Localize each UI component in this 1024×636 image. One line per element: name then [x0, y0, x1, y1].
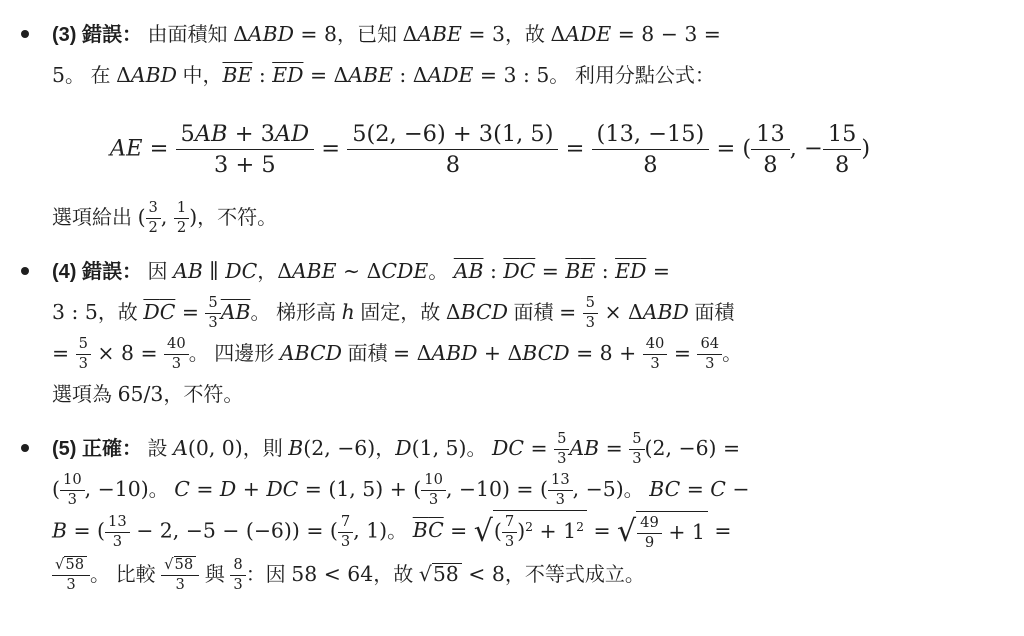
solution-item: (5) 正確： 設 A(0, 0)，則 B(2, −6)，D(1, 5)。 DC… [0, 428, 1008, 595]
text-line: 3 : 5，故 DC = 53AB。 梯形高 h 固定，故 ΔBCD 面積 = … [52, 292, 1008, 333]
document-body: (3) 錯誤： 由面積知 ΔABD = 8，已知 ΔABE = 3，故 ΔADE… [0, 0, 1024, 595]
text-line: 選項給出 (32, 12)，不符。 [52, 197, 1008, 238]
radical-icon: √ [419, 562, 432, 586]
text-line: 5。 在 ΔABD 中，BE : ED = ΔABE : ΔADE = 3 : … [52, 55, 1008, 96]
radical-icon: √ [617, 514, 636, 549]
solution-list: (3) 錯誤： 由面積知 ΔABD = 8，已知 ΔABE = 3，故 ΔADE… [0, 0, 1024, 595]
text-line: 選項為 65/3，不符。 [52, 374, 1008, 415]
radical-icon: √ [55, 556, 64, 573]
text-line: (4) 錯誤： 因 AB ∥ DC，ΔABE ∼ ΔCDE。 AB : DC =… [52, 251, 1008, 292]
text-line: = 53 × 8 = 403。 四邊形 ABCD 面積 = ΔABD + ΔBC… [52, 333, 1008, 374]
bullet-marker [21, 30, 29, 38]
text-line: √583。 比較 √583 與 83：因 58 < 64，故 √58 < 8，不… [52, 554, 1008, 595]
radical-icon: √ [164, 556, 173, 573]
text-line: (103, −10)。 C = D + DC = (1, 5) + (103, … [52, 469, 1008, 510]
text-line: (3) 錯誤： 由面積知 ΔABD = 8，已知 ΔABE = 3，故 ΔADE… [52, 14, 1008, 55]
solution-item: (4) 錯誤： 因 AB ∥ DC，ΔABE ∼ ΔCDE。 AB : DC =… [0, 251, 1008, 415]
text-line: B = (133 − 2, −5 − (−6)) = (73, 1)。 BC =… [52, 510, 1008, 554]
radical-icon: √ [474, 514, 493, 549]
bullet-marker [21, 444, 29, 452]
solution-item: (3) 錯誤： 由面積知 ΔABD = 8，已知 ΔABE = 3，故 ΔADE… [0, 14, 1008, 238]
bullet-marker [21, 267, 29, 275]
display-equation: AE = 5AB + 3AD3 + 5 = 5(2, −6) + 3(1, 5)… [52, 120, 928, 179]
text-line: (5) 正確： 設 A(0, 0)，則 B(2, −6)，D(1, 5)。 DC… [52, 428, 1008, 469]
